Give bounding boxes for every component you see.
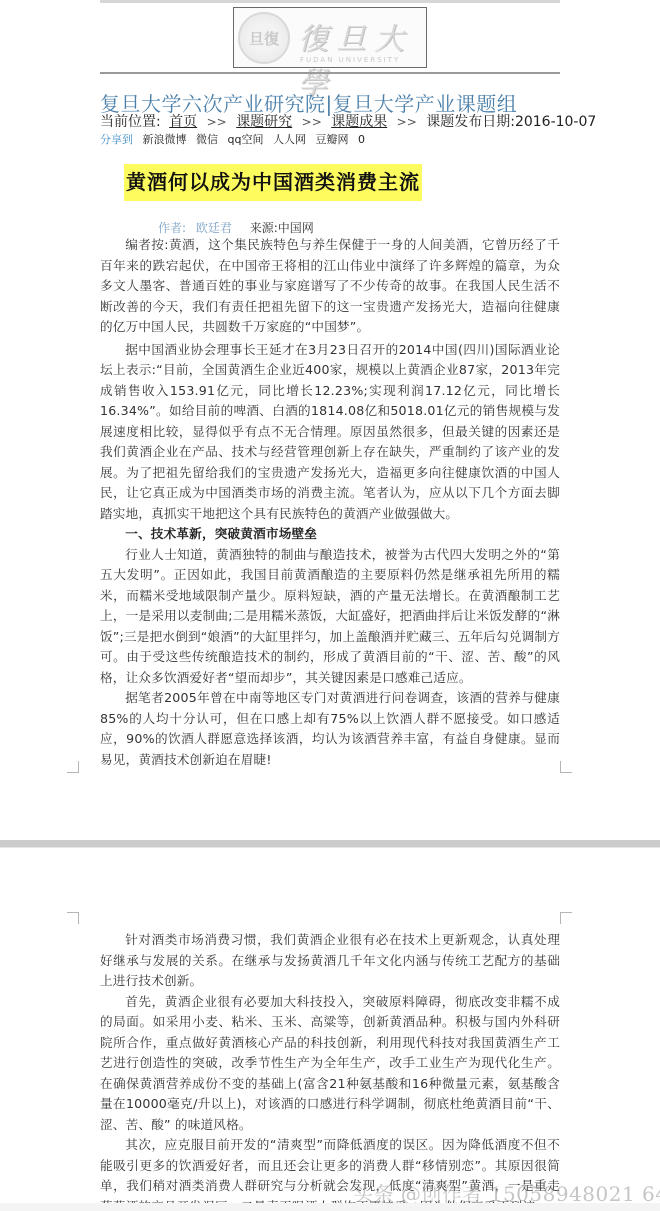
share-label: 分享到: [100, 133, 133, 146]
university-seal-icon: 旦復: [238, 12, 290, 64]
breadcrumb-separator: >>: [302, 115, 322, 129]
breadcrumb-separator: >>: [397, 115, 417, 129]
breadcrumb: 当前位置: 首页 >> 课题研究 >> 课题成果 >> 课题发布日期:2016-…: [100, 111, 596, 131]
breadcrumb-research-link[interactable]: 课题研究: [236, 114, 292, 130]
share-count: 0: [358, 133, 365, 146]
article-source: 来源:中国网: [250, 221, 314, 235]
article-body-page2: 针对酒类市场消费习惯，我们黄酒企业很有必在技术上更新观念，认真处理好继承与发展的…: [100, 930, 560, 1211]
logo-subtitle: FUDAN UNIVERSITY: [300, 56, 400, 64]
byline: 作者: 欧廷君 来源:中国网: [158, 219, 314, 236]
article-title: 黄酒何以成为中国酒类消费主流: [124, 164, 422, 201]
publish-date-label: 课题发布日期:: [426, 114, 515, 130]
page-corner-mark: [560, 912, 572, 924]
fudan-logo-banner[interactable]: 旦復 復旦大學 FUDAN UNIVERSITY: [233, 7, 427, 68]
body-paragraph: 据笔者2005年曾在中南等地区专门对黄酒进行问卷调查，该酒的营养与健康85%的人…: [100, 688, 560, 770]
body-paragraph: 针对酒类市场消费习惯，我们黄酒企业很有必在技术上更新观念，认真处理好继承与发展的…: [100, 930, 560, 992]
page-break: [0, 840, 660, 848]
breadcrumb-separator: >>: [207, 115, 227, 129]
body-paragraph: 首先，黄酒企业很有必要加大科技投入，突破原料障碍，彻底改变非糯不成的局面。如采用…: [100, 992, 560, 1136]
share-douban-link[interactable]: 豆瓣网: [315, 133, 348, 146]
page-corner-mark: [67, 912, 79, 924]
top-border-strip: [100, 0, 560, 3]
section-heading: 一、技术革新，突破黄酒市场壁垒: [100, 524, 560, 545]
header-divider: [100, 72, 560, 74]
body-paragraph: 其次，应克服目前开发的“清爽型”而降低酒度的误区。因为降低酒度不但不能吸引更多的…: [100, 1135, 560, 1211]
breadcrumb-label: 当前位置:: [100, 114, 161, 130]
share-wechat-link[interactable]: 微信: [196, 133, 218, 146]
author-name: 欧廷君: [196, 221, 232, 235]
editor-note-paragraph: 编者按:黄酒，这个集民族特色与养生保健于一身的人间美酒，它曾历经了千百年来的跌宕…: [100, 235, 560, 338]
page-corner-mark: [560, 761, 572, 773]
article-body-page1: 编者按:黄酒，这个集民族特色与养生保健于一身的人间美酒，它曾历经了千百年来的跌宕…: [100, 235, 560, 770]
page-corner-mark: [67, 761, 79, 773]
share-renren-link[interactable]: 人人网: [273, 133, 306, 146]
publish-date: 2016-10-07: [515, 114, 596, 130]
breadcrumb-results-link[interactable]: 课题成果: [331, 114, 387, 130]
breadcrumb-home-link[interactable]: 首页: [169, 114, 197, 130]
body-paragraph: 据中国酒业协会理事长王延才在3月23日召开的2014中国(四川)国际酒业论坛上表…: [100, 340, 560, 525]
author-label: 作者:: [158, 221, 186, 235]
share-weibo-link[interactable]: 新浪微博: [143, 133, 187, 146]
share-qzone-link[interactable]: qq空间: [228, 133, 264, 146]
bottom-strip: [0, 1203, 660, 1211]
share-bar: 分享到 新浪微博 微信 qq空间 人人网 豆瓣网 0: [100, 131, 365, 147]
body-paragraph: 行业人士知道，黄酒独特的制曲与酿造技术，被誉为古代四大发明之外的“第五大发明”。…: [100, 545, 560, 689]
